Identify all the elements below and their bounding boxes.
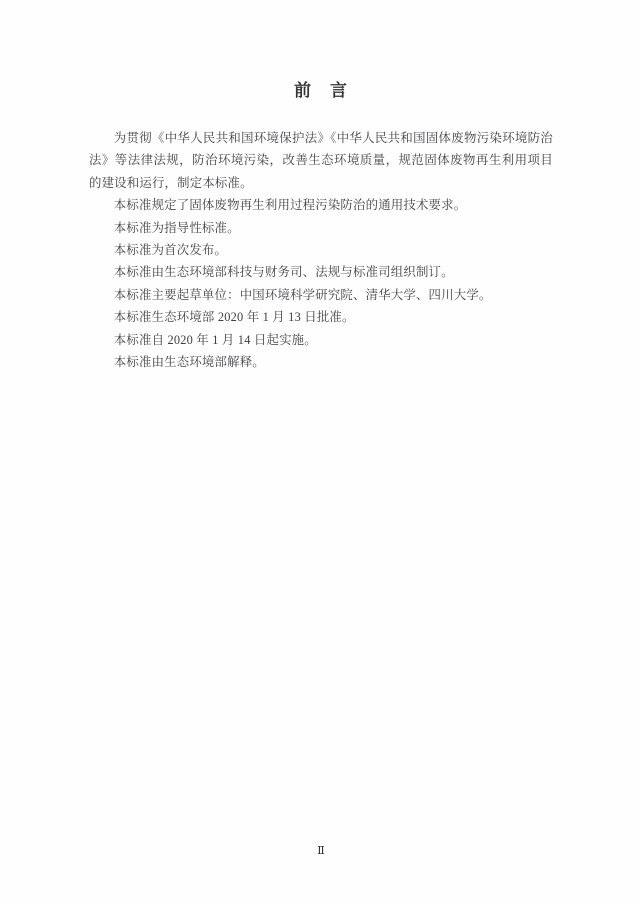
paragraph: 本标准为首次发布。 (89, 239, 553, 261)
paragraph: 本标准生态环境部 2020 年 1 月 13 日批准。 (89, 306, 553, 328)
paragraph: 本标准规定了固体废物再生利用过程污染防治的通用技术要求。 (89, 194, 553, 216)
page-number: Ⅱ (0, 844, 642, 857)
paragraph: 为贯彻《中华人民共和国环境保护法》《中华人民共和国固体废物污染环境防治法》等法律… (89, 127, 553, 194)
paragraph: 本标准由生态环境部科技与财务司、法规与标准司组织制订。 (89, 261, 553, 283)
page-content: 前 言 为贯彻《中华人民共和国环境保护法》《中华人民共和国固体废物污染环境防治法… (89, 0, 553, 373)
paragraph: 本标准主要起草单位：中国环境科学研究院、清华大学、四川大学。 (89, 284, 553, 306)
page-title: 前 言 (89, 78, 553, 104)
preface-body: 为贯彻《中华人民共和国环境保护法》《中华人民共和国固体废物污染环境防治法》等法律… (89, 127, 553, 373)
document-page: 前 言 为贯彻《中华人民共和国环境保护法》《中华人民共和国固体废物污染环境防治法… (0, 0, 642, 901)
paragraph: 本标准为指导性标准。 (89, 217, 553, 239)
paragraph: 本标准自 2020 年 1 月 14 日起实施。 (89, 329, 553, 351)
paragraph: 本标准由生态环境部解释。 (89, 351, 553, 373)
